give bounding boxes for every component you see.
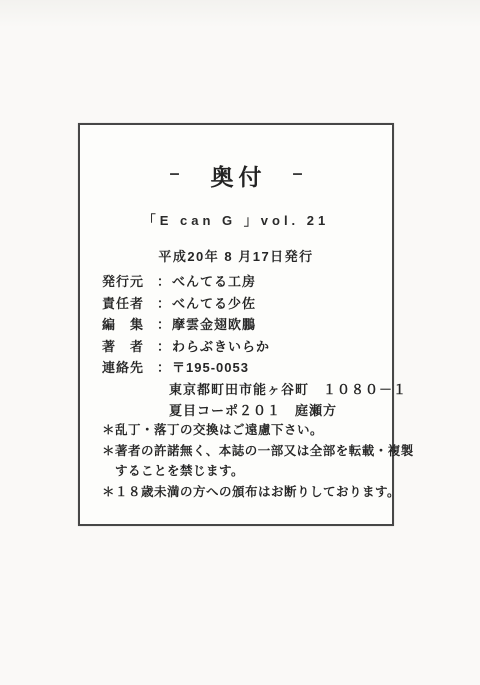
heading-dash-right: – [293, 163, 303, 184]
note-exchange: ＊乱丁・落丁の交換はご遠慮下さい。 [102, 420, 394, 441]
disclaimer-notes: ＊乱丁・落丁の交換はご遠慮下さい。 ＊著者の許諾無く、本誌の一部又は全部を転載・… [102, 420, 394, 502]
info-value: 摩雲金翅欧鵬 [172, 314, 256, 336]
info-label: 編 集 [102, 314, 146, 336]
colophon-heading: – 奥付 – [80, 159, 392, 192]
info-row-responsible: 責任者 ： べんてる少佐 [102, 293, 382, 315]
info-row-publisher: 発行元 ： べんてる工房 [102, 271, 382, 293]
note-copyright-line-1: ＊著者の許諾無く、本誌の一部又は全部を転載・複製 [102, 441, 394, 462]
note-copyright-line-2: することを禁じます。 [102, 461, 394, 482]
page-title: 奥付 [206, 159, 267, 192]
address-line-2: 夏目コーポ２０１ 庭瀬方 [102, 400, 382, 422]
info-row-editor: 編 集 ： 摩雲金翅欧鵬 [102, 314, 382, 336]
heading-dash-left: – [169, 163, 179, 184]
publication-info: 発行元 ： べんてる工房 責任者 ： べんてる少佐 編 集 ： 摩雲金翅欧鵬 著… [102, 271, 382, 422]
info-value: べんてる少佐 [172, 293, 256, 315]
info-separator: ： [157, 357, 171, 379]
info-value: べんてる工房 [172, 271, 256, 293]
address-line-1: 東京都町田市能ヶ谷町 １０８０－１ [102, 379, 382, 401]
colophon-box: – 奥付 – 「E can G 」vol. 21 平成20年 8 月17日発行 … [78, 123, 394, 526]
info-separator: ： [157, 271, 171, 293]
note-age-restriction: ＊１８歳未満の方への頒布はお断りしております。 [102, 482, 394, 503]
info-value: わらぶきいらか [172, 336, 270, 358]
info-row-contact: 連絡先 ： 〒195-0053 [102, 357, 382, 379]
series-title: 「E can G 」vol. 21 [80, 210, 392, 229]
info-label: 発行元 [102, 271, 146, 293]
info-separator: ： [157, 336, 171, 358]
info-row-author: 著 者 ： わらぶきいらか [102, 336, 382, 358]
info-label: 責任者 [102, 293, 146, 315]
info-separator: ： [157, 314, 171, 336]
info-label: 著 者 [102, 336, 146, 358]
publish-date: 平成20年 8 月17日発行 [80, 246, 392, 265]
info-label: 連絡先 [102, 357, 146, 379]
info-separator: ： [157, 293, 171, 315]
postal-code: 〒195-0053 [172, 357, 249, 379]
scanned-page: – 奥付 – 「E can G 」vol. 21 平成20年 8 月17日発行 … [0, 0, 480, 685]
